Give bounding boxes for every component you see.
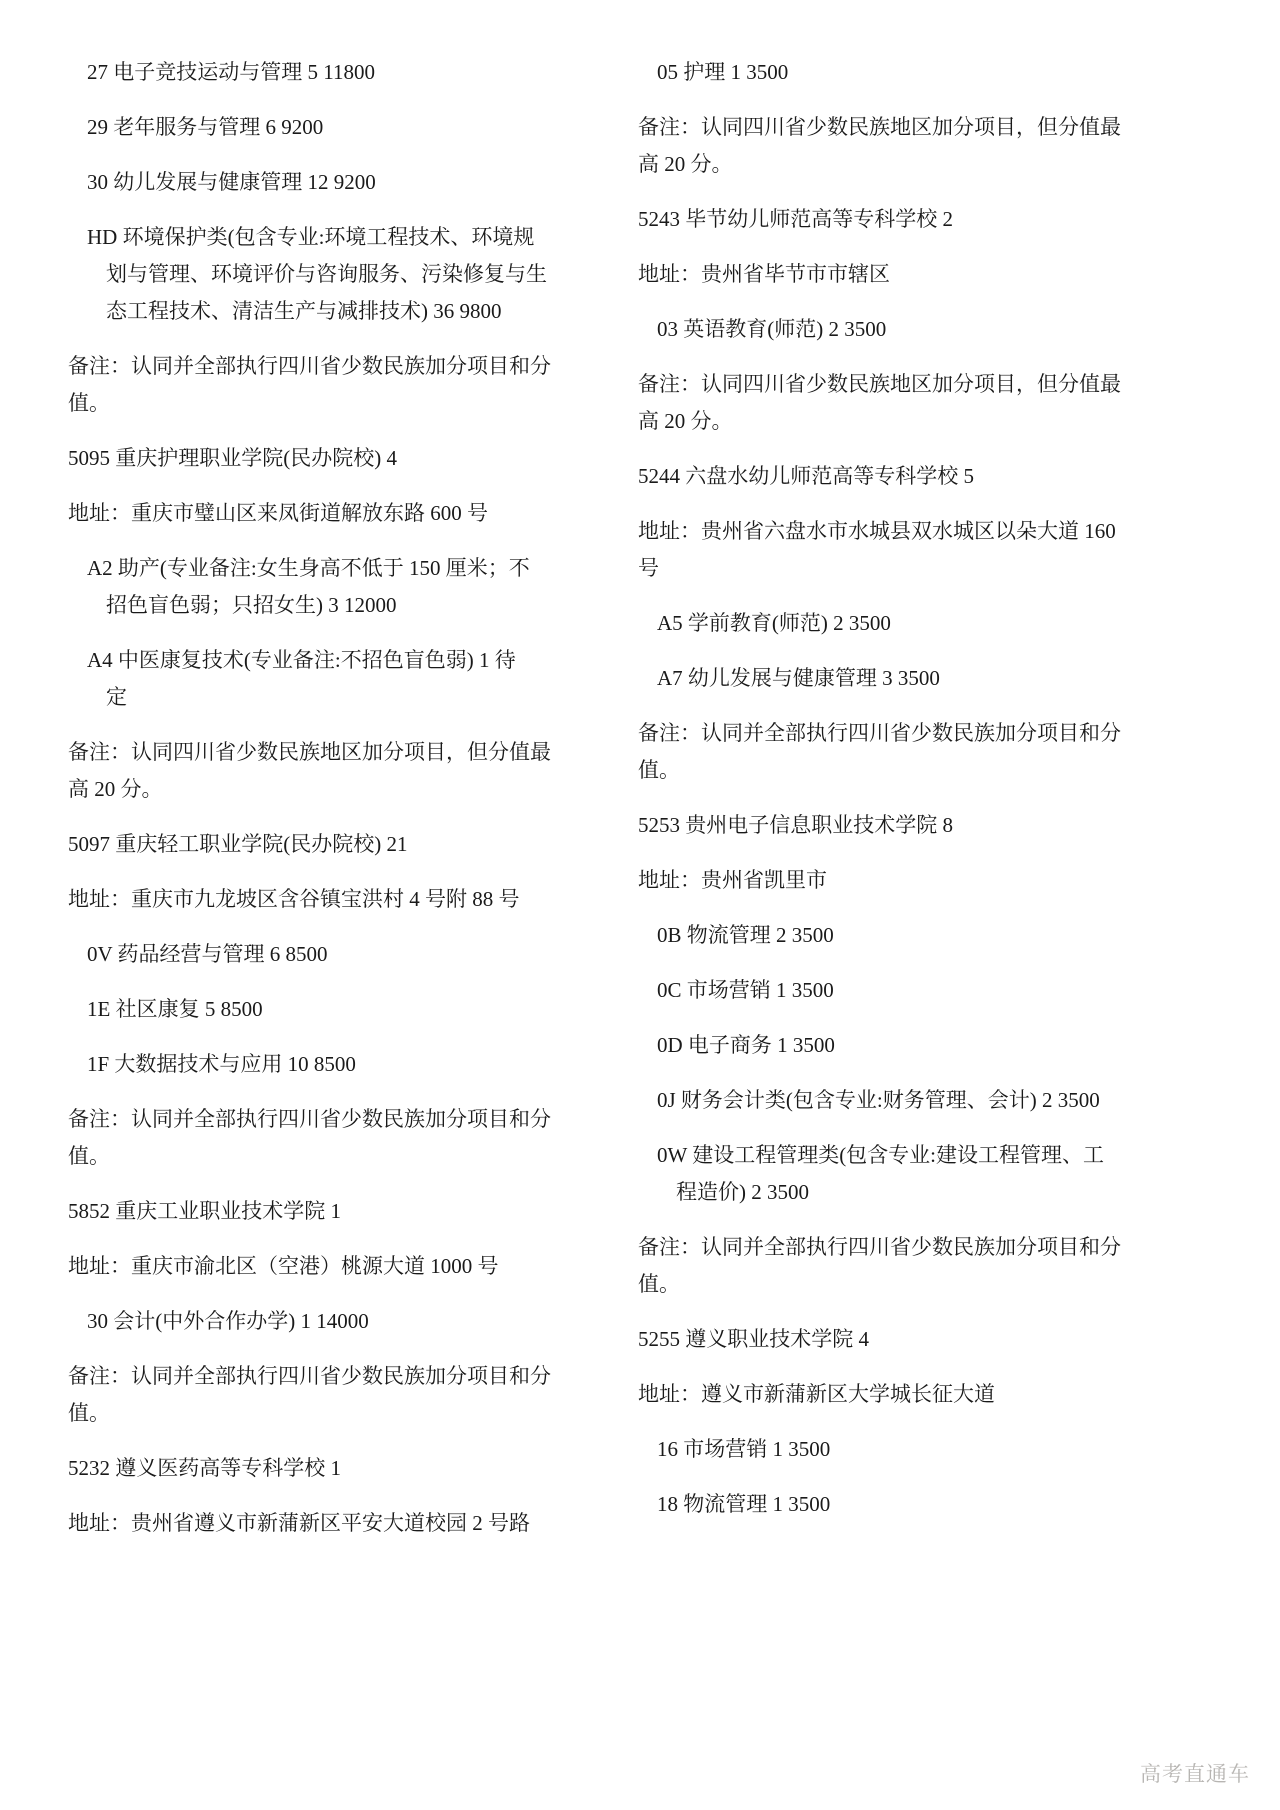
- column-right: 05 护理 1 3500备注：认同四川省少数民族地区加分项目，但分值最 高 20…: [638, 54, 1216, 1541]
- address-line: 地址：重庆市九龙坡区含谷镇宝洪村 4 号附 88 号: [68, 881, 628, 918]
- school-entry: 5255 遵义职业技术学院 4: [638, 1321, 1216, 1358]
- school-entry: 5253 贵州电子信息职业技术学院 8: [638, 807, 1216, 844]
- major-line: A5 学前教育(师范) 2 3500: [638, 605, 1216, 642]
- note-line: 备注：认同并全部执行四川省少数民族加分项目和分 值。: [638, 715, 1216, 789]
- note-line: 备注：认同并全部执行四川省少数民族加分项目和分 值。: [68, 348, 628, 422]
- school-entry: 5095 重庆护理职业学院(民办院校) 4: [68, 440, 628, 477]
- address-line: 地址：重庆市渝北区（空港）桃源大道 1000 号: [68, 1248, 628, 1285]
- major-line: A2 助产(专业备注:女生身高不低于 150 厘米；不 招色盲色弱；只招女生) …: [68, 550, 628, 624]
- school-entry: 5243 毕节幼儿师范高等专科学校 2: [638, 201, 1216, 238]
- note-line: 备注：认同四川省少数民族地区加分项目，但分值最 高 20 分。: [68, 734, 628, 808]
- school-entry: 5852 重庆工业职业技术学院 1: [68, 1193, 628, 1230]
- note-line: 备注：认同并全部执行四川省少数民族加分项目和分 值。: [68, 1101, 628, 1175]
- school-entry: 5244 六盘水幼儿师范高等专科学校 5: [638, 458, 1216, 495]
- column-left: 27 电子竞技运动与管理 5 1180029 老年服务与管理 6 920030 …: [68, 54, 628, 1560]
- major-line: 03 英语教育(师范) 2 3500: [638, 311, 1216, 348]
- major-line: 0V 药品经营与管理 6 8500: [68, 936, 628, 973]
- document-page: 27 电子竞技运动与管理 5 1180029 老年服务与管理 6 920030 …: [0, 0, 1280, 1810]
- address-line: 地址：遵义市新蒲新区大学城长征大道: [638, 1376, 1216, 1413]
- major-line: 0J 财务会计类(包含专业:财务管理、会计) 2 3500: [638, 1082, 1216, 1119]
- major-line: 0B 物流管理 2 3500: [638, 917, 1216, 954]
- address-line: 地址：贵州省六盘水市水城县双水城区以朵大道 160 号: [638, 513, 1216, 587]
- address-line: 地址：贵州省遵义市新蒲新区平安大道校园 2 号路: [68, 1505, 628, 1542]
- note-line: 备注：认同四川省少数民族地区加分项目，但分值最 高 20 分。: [638, 109, 1216, 183]
- major-line: 30 会计(中外合作办学) 1 14000: [68, 1303, 628, 1340]
- major-line: 18 物流管理 1 3500: [638, 1486, 1216, 1523]
- major-line: 30 幼儿发展与健康管理 12 9200: [68, 164, 628, 201]
- address-line: 地址：重庆市璧山区来凤街道解放东路 600 号: [68, 495, 628, 532]
- major-line: 0W 建设工程管理类(包含专业:建设工程管理、工 程造价) 2 3500: [638, 1137, 1216, 1211]
- major-line: 0D 电子商务 1 3500: [638, 1027, 1216, 1064]
- major-line: 27 电子竞技运动与管理 5 11800: [68, 54, 628, 91]
- major-line: 1F 大数据技术与应用 10 8500: [68, 1046, 628, 1083]
- major-line: A4 中医康复技术(专业备注:不招色盲色弱) 1 待 定: [68, 642, 628, 716]
- major-line: HD 环境保护类(包含专业:环境工程技术、环境规 划与管理、环境评价与咨询服务、…: [68, 219, 628, 330]
- major-line: A7 幼儿发展与健康管理 3 3500: [638, 660, 1216, 697]
- major-line: 16 市场营销 1 3500: [638, 1431, 1216, 1468]
- address-line: 地址：贵州省凯里市: [638, 862, 1216, 899]
- major-line: 0C 市场营销 1 3500: [638, 972, 1216, 1009]
- address-line: 地址：贵州省毕节市市辖区: [638, 256, 1216, 293]
- note-line: 备注：认同并全部执行四川省少数民族加分项目和分 值。: [638, 1229, 1216, 1303]
- major-line: 05 护理 1 3500: [638, 54, 1216, 91]
- gaokao-zhitongche-watermark: 高考直通车: [1140, 1758, 1250, 1788]
- school-entry: 5232 遵义医药高等专科学校 1: [68, 1450, 628, 1487]
- note-line: 备注：认同四川省少数民族地区加分项目，但分值最 高 20 分。: [638, 366, 1216, 440]
- major-line: 29 老年服务与管理 6 9200: [68, 109, 628, 146]
- major-line: 1E 社区康复 5 8500: [68, 991, 628, 1028]
- school-entry: 5097 重庆轻工职业学院(民办院校) 21: [68, 826, 628, 863]
- note-line: 备注：认同并全部执行四川省少数民族加分项目和分 值。: [68, 1358, 628, 1432]
